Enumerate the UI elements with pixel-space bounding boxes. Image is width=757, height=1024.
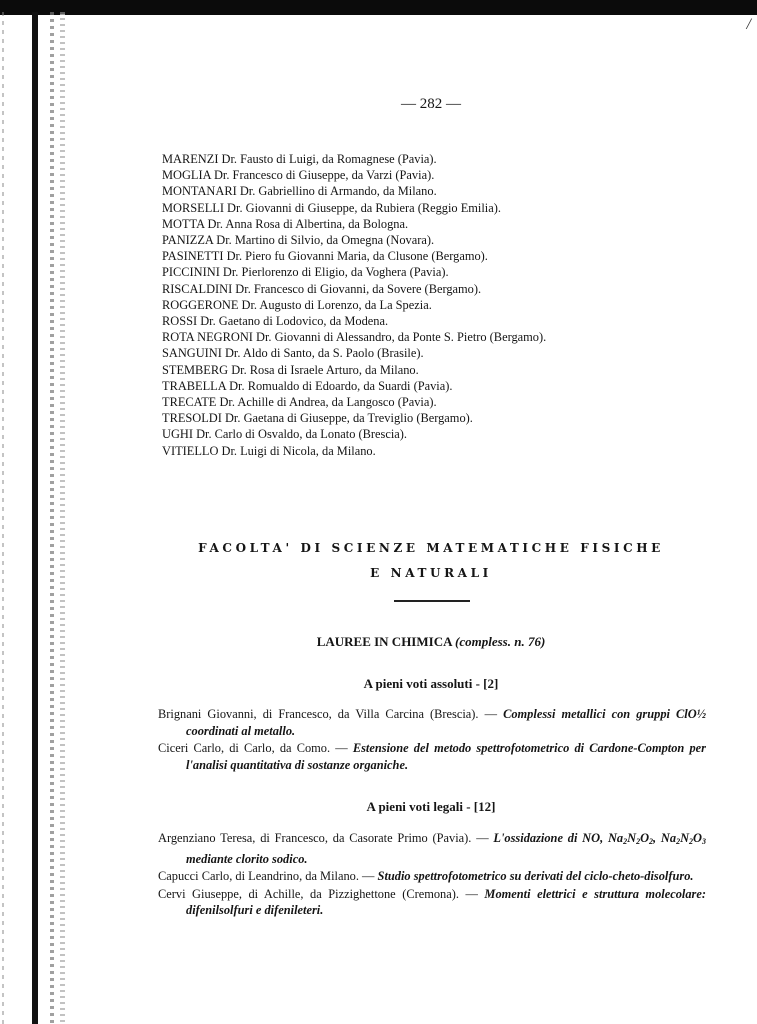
entries-assoluti: Brignani Giovanni, di Francesco, da Vill… xyxy=(158,706,706,774)
subsection-heading-legali: A pieni voti legali - [12] xyxy=(0,799,757,815)
graduate-list: MARENZI Dr. Fausto di Luigi, da Romagnes… xyxy=(162,151,546,459)
list-item: ROGGERONE Dr. Augusto di Lorenzo, da La … xyxy=(162,297,546,313)
list-item: PANIZZA Dr. Martino di Silvio, da Omegna… xyxy=(162,232,546,248)
graduate-entry: Cervi Giuseppe, di Achille, da Pizzighet… xyxy=(158,886,706,919)
list-item: MORSELLI Dr. Giovanni di Giuseppe, da Ru… xyxy=(162,200,546,216)
page-number: — 282 — xyxy=(0,96,757,113)
binding-shadow xyxy=(50,12,54,1024)
graduate-entry: Ciceri Carlo, di Carlo, da Como. — Esten… xyxy=(158,740,706,773)
graduate-name: Ciceri Carlo, di Carlo, da Como. — xyxy=(158,741,348,755)
binding-shadow xyxy=(60,12,65,1024)
scan-binding-edge xyxy=(0,12,70,1024)
graduate-entry: Brignani Giovanni, di Francesco, da Vill… xyxy=(158,706,706,739)
list-item: RISCALDINI Dr. Francesco di Giovanni, da… xyxy=(162,281,546,297)
entries-legali: Argenziano Teresa, di Francesco, da Caso… xyxy=(158,830,706,920)
degree-count: (compless. n. 76) xyxy=(455,634,545,649)
list-item: ROTA NEGRONI Dr. Giovanni di Alessandro,… xyxy=(162,329,546,345)
scan-top-band xyxy=(0,0,757,15)
list-item: TRABELLA Dr. Romualdo di Edoardo, da Sua… xyxy=(162,378,546,394)
graduate-name: Brignani Giovanni, di Francesco, da Vill… xyxy=(158,707,497,721)
list-item: PICCININI Dr. Pierlorenzo di Eligio, da … xyxy=(162,264,546,280)
list-item: PASINETTI Dr. Piero fu Giovanni Maria, d… xyxy=(162,248,546,264)
graduate-entry: Argenziano Teresa, di Francesco, da Caso… xyxy=(158,830,706,867)
list-item: VITIELLO Dr. Luigi di Nicola, da Milano. xyxy=(162,443,546,459)
graduate-name: Cervi Giuseppe, di Achille, da Pizzighet… xyxy=(158,887,478,901)
graduate-name: Argenziano Teresa, di Francesco, da Caso… xyxy=(158,831,489,845)
list-item: TRESOLDI Dr. Gaetana di Giuseppe, da Tre… xyxy=(162,410,546,426)
list-item: MOTTA Dr. Anna Rosa di Albertina, da Bol… xyxy=(162,216,546,232)
degree-title: LAUREE IN CHIMICA xyxy=(317,634,452,649)
list-item: TRECATE Dr. Achille di Andrea, da Langos… xyxy=(162,394,546,410)
binding-shadow xyxy=(2,12,4,1024)
list-item: STEMBERG Dr. Rosa di Israele Arturo, da … xyxy=(162,362,546,378)
section-divider xyxy=(394,600,470,602)
graduate-entry: Capucci Carlo, di Leandrino, da Milano. … xyxy=(158,868,706,885)
list-item: MOGLIA Dr. Francesco di Giuseppe, da Var… xyxy=(162,167,546,183)
list-item: MARENZI Dr. Fausto di Luigi, da Romagnes… xyxy=(162,151,546,167)
thesis-title: Studio spettrofotometrico su derivati de… xyxy=(378,869,694,883)
pencil-mark: / xyxy=(747,16,751,34)
subsection-heading-assoluti: A pieni voti assoluti - [2] xyxy=(0,676,757,692)
list-item: SANGUINI Dr. Aldo di Santo, da S. Paolo … xyxy=(162,345,546,361)
faculty-title: FACOLTA' DI SCIENZE MATEMATICHE FISICHE xyxy=(0,541,757,555)
list-item: MONTANARI Dr. Gabriellino di Armando, da… xyxy=(162,183,546,199)
faculty-title-continued: E NATURALI xyxy=(0,566,757,580)
binding-shadow xyxy=(32,12,38,1024)
list-item: UGHI Dr. Carlo di Osvaldo, da Lonato (Br… xyxy=(162,426,546,442)
degree-heading: LAUREE IN CHIMICA (compless. n. 76) xyxy=(0,634,757,650)
graduate-name: Capucci Carlo, di Leandrino, da Milano. … xyxy=(158,869,374,883)
list-item: ROSSI Dr. Gaetano di Lodovico, da Modena… xyxy=(162,313,546,329)
